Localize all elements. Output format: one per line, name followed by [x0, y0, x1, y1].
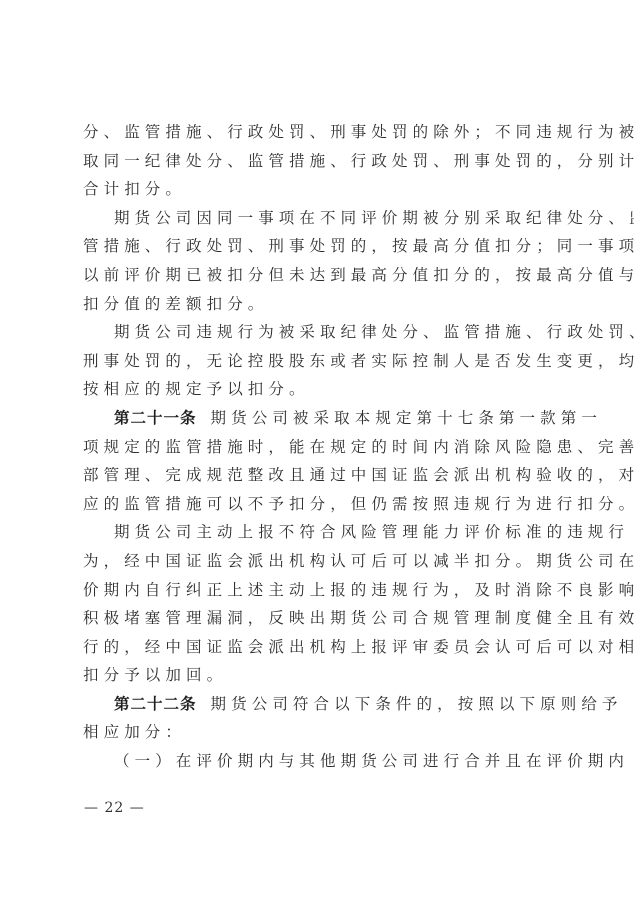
page-number: — 22 —: [84, 800, 145, 816]
text-line: 扣分值的差额扣分。: [83, 290, 551, 319]
text-line: 管措施、行政处罚、刑事处罚的，按最高分值扣分；同一事项在: [83, 232, 551, 261]
article-text: 期货公司被采取本规定第十七条第一款第一: [211, 409, 602, 427]
text-line: 部管理、完成规范整改且通过中国证监会派出机构验收的，对相: [83, 461, 551, 490]
text-line: 扣分予以加回。: [83, 661, 551, 690]
text-line: 期货公司主动上报不符合风险管理能力评价标准的违规行: [83, 518, 551, 547]
text-line: 行的，经中国证监会派出机构上报评审委员会认可后可以对相关: [83, 633, 551, 662]
paragraph: 期货公司因同一事项在不同评价期被分别采取纪律处分、监 管措施、行政处罚、刑事处罚…: [83, 204, 551, 318]
text-line: 以前评价期已被扣分但未达到最高分值扣分的，按最高分值与已: [83, 261, 551, 290]
text-line: 取同一纪律处分、监管措施、行政处罚、刑事处罚的，分别计算，: [83, 147, 551, 176]
text-line: 刑事处罚的，无论控股股东或者实际控制人是否发生变更，均应: [83, 347, 551, 376]
text-line: 第二十一条期货公司被采取本规定第十七条第一款第一: [83, 404, 551, 433]
text-line: 按相应的规定予以扣分。: [83, 375, 551, 404]
text-line: 期货公司因同一事项在不同评价期被分别采取纪律处分、监: [83, 204, 551, 233]
article-title: 第二十二条: [114, 694, 197, 713]
text-line: 项规定的监管措施时，能在规定的时间内消除风险隐患、完善内: [83, 433, 551, 462]
text-line: 应的监管措施可以不予扣分，但仍需按照违规行为进行扣分。: [83, 490, 551, 519]
text-line: 第二十二条期货公司符合以下条件的，按照以下原则给予: [83, 690, 551, 719]
article-text: 期货公司符合以下条件的，按照以下原则给予: [211, 695, 623, 713]
text-line: 相应加分：: [83, 718, 551, 747]
paragraph: 期货公司违规行为被采取纪律处分、监管措施、行政处罚、 刑事处罚的，无论控股股东或…: [83, 318, 551, 404]
article-22: 第二十二条期货公司符合以下条件的，按照以下原则给予 相应加分：: [83, 690, 551, 747]
paragraph: 期货公司主动上报不符合风险管理能力评价标准的违规行 为，经中国证监会派出机构认可…: [83, 518, 551, 690]
paragraph: 分、监管措施、行政处罚、刑事处罚的除外；不同违规行为被采 取同一纪律处分、监管措…: [83, 118, 551, 204]
document-page: 分、监管措施、行政处罚、刑事处罚的除外；不同违规行为被采 取同一纪律处分、监管措…: [83, 118, 551, 776]
text-line: （一）在评价期内与其他期货公司进行合并且在评价期内: [83, 747, 551, 776]
text-line: 合计扣分。: [83, 175, 551, 204]
text-line: 期货公司违规行为被采取纪律处分、监管措施、行政处罚、: [83, 318, 551, 347]
text-line: 分、监管措施、行政处罚、刑事处罚的除外；不同违规行为被采: [83, 118, 551, 147]
text-line: 为，经中国证监会派出机构认可后可以减半扣分。期货公司在评: [83, 547, 551, 576]
list-item: （一）在评价期内与其他期货公司进行合并且在评价期内: [83, 747, 551, 776]
article-title: 第二十一条: [114, 408, 197, 427]
text-line: 积极堵塞管理漏洞，反映出期货公司合规管理制度健全且有效执: [83, 604, 551, 633]
article-21: 第二十一条期货公司被采取本规定第十七条第一款第一 项规定的监管措施时，能在规定的…: [83, 404, 551, 518]
text-line: 价期内自行纠正上述主动上报的违规行为，及时消除不良影响，: [83, 576, 551, 605]
